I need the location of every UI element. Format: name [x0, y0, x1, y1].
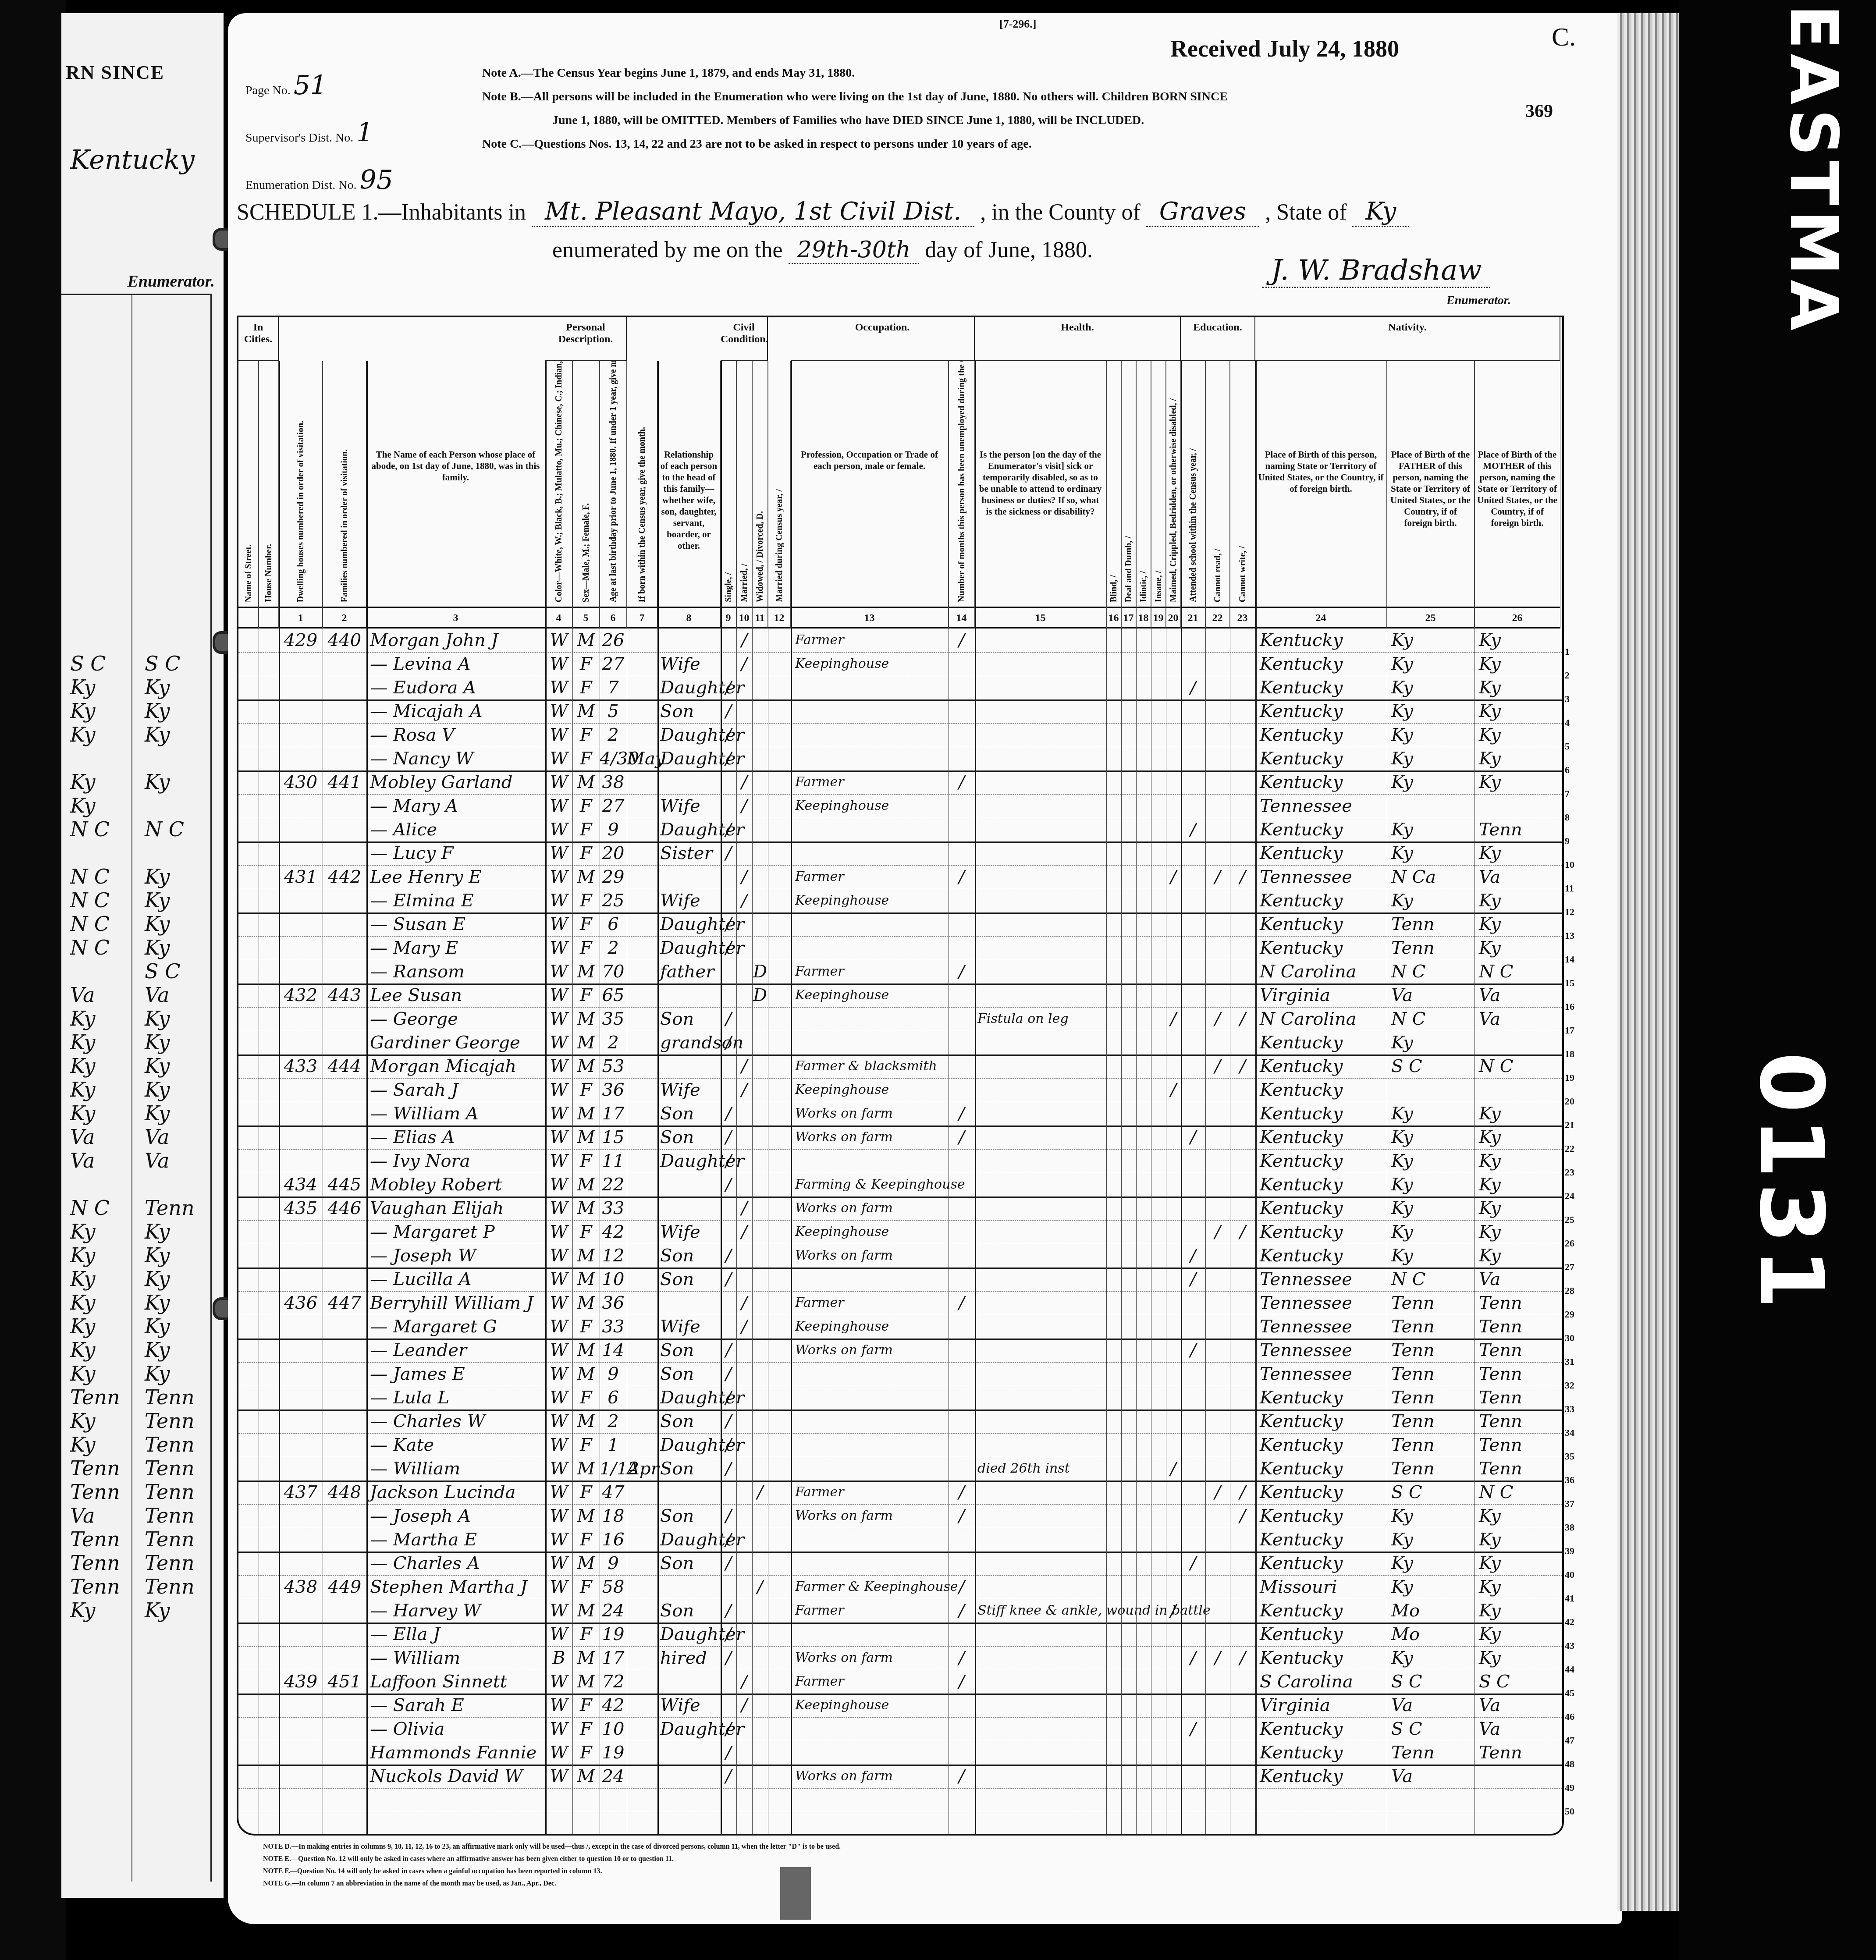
cell-mother: Tenn	[1479, 1433, 1560, 1457]
cell-unemployed: /	[949, 1670, 975, 1694]
cell-birthplace: Kentucky	[1260, 1528, 1387, 1552]
line-number: 23	[1565, 1167, 1574, 1178]
cell-single: /	[721, 1007, 736, 1031]
column-header-label: Place of Birth of the MOTHER of this per…	[1477, 449, 1557, 529]
cell-month	[627, 842, 657, 865]
cell-cannot-read: /	[1205, 1646, 1230, 1670]
cell-cannot-write	[1230, 628, 1255, 652]
cell-dwelling	[279, 1244, 323, 1268]
cell-sickness	[977, 1575, 1109, 1599]
cell-mother: Ky	[1479, 1552, 1560, 1575]
cell-dwelling	[279, 723, 323, 747]
cell-sex: F	[572, 818, 600, 842]
cell-occupation	[795, 936, 949, 960]
cell-cannot-read	[1205, 1575, 1230, 1599]
cell-widowed	[752, 1102, 768, 1126]
column-number: 1	[279, 607, 323, 628]
cell-color: W	[545, 1197, 572, 1220]
cell-age: 5	[600, 699, 627, 723]
cell-cannot-write	[1230, 1623, 1255, 1646]
cell-cannot-write	[1230, 1315, 1255, 1339]
cell-dwelling	[279, 1339, 323, 1362]
cell-family: 443	[323, 984, 366, 1007]
table-row: — Charles WWM2Son/KentuckyTennTenn	[238, 1410, 1562, 1434]
cell-father: Mo	[1391, 1599, 1475, 1623]
cell-birthplace: Kentucky	[1260, 723, 1387, 747]
cell-cannot-read	[1205, 1765, 1230, 1788]
cell-single: /	[721, 723, 736, 747]
cell-cannot-read	[1205, 1717, 1230, 1741]
left-page-cell-c25: Tenn	[70, 1385, 120, 1409]
cell-maimed	[1166, 1717, 1181, 1741]
cell-father: Mo	[1391, 1623, 1475, 1646]
cell-cannot-read: /	[1205, 1007, 1230, 1031]
left-page-cell-c25: N C	[70, 888, 110, 912]
column-divider	[768, 361, 768, 1834]
cell-married	[736, 1623, 752, 1646]
cell-birthplace: Kentucky	[1260, 1055, 1387, 1078]
cell-single	[721, 1055, 736, 1078]
group-in-cities: In Cities.	[238, 317, 279, 361]
table-row: — Micajah AWM5Son/KentuckyKyKy	[238, 699, 1562, 724]
cell-married	[736, 1102, 752, 1126]
enumerator-label: Enumerator.	[1446, 294, 1511, 308]
cell-sex: M	[572, 1457, 600, 1481]
cell-school: /	[1181, 1268, 1205, 1291]
cell-age: 11	[600, 1149, 627, 1173]
cell-month	[627, 1244, 657, 1268]
cell-unemployed: /	[949, 628, 975, 652]
line-number: 19	[1565, 1072, 1574, 1083]
cell-sex: M	[572, 1552, 600, 1575]
table-row: — Susan EWF6Daughter/KentuckyTennKy	[238, 913, 1562, 937]
cell-name: — Elmina E	[370, 889, 545, 913]
line-number: 36	[1565, 1474, 1574, 1486]
cell-unemployed	[949, 1339, 975, 1362]
cell-cannot-write	[1230, 747, 1255, 771]
cell-married: /	[736, 1315, 752, 1339]
cell-age: 12	[600, 1244, 627, 1268]
cell-married	[736, 1552, 752, 1575]
column-number: 10	[736, 607, 752, 628]
cell-occupation	[795, 1528, 949, 1552]
group-education: Education.	[1181, 317, 1255, 361]
cell-relation: Son	[660, 1007, 721, 1031]
cell-cannot-write	[1230, 936, 1255, 960]
cell-single: /	[721, 1149, 736, 1173]
table-row: — Rosa VWF2Daughter/KentuckyKyKy	[238, 723, 1562, 747]
column-header-label: Cannot write, /	[1237, 546, 1247, 602]
cell-birthplace: N Carolina	[1260, 1007, 1387, 1031]
cell-mother	[1479, 1031, 1560, 1055]
cell-single	[721, 652, 736, 676]
cell-name: — William	[370, 1457, 545, 1481]
cell-single: /	[721, 1528, 736, 1552]
cell-sickness	[977, 1339, 1109, 1362]
schedule-title-line: SCHEDULE 1.—Inhabitants in Mt. Pleasant …	[237, 197, 1409, 226]
cell-widowed	[752, 1765, 768, 1788]
cell-age: 18	[600, 1504, 627, 1528]
cell-father: Ky	[1391, 1528, 1475, 1552]
column-divider	[1387, 361, 1387, 1834]
cell-family: 441	[323, 771, 366, 794]
cell-relation: Daughter	[660, 913, 721, 936]
cell-widowed	[752, 936, 768, 960]
cell-color: W	[545, 1481, 572, 1504]
column-header-label: Place of Birth of this person, naming St…	[1258, 449, 1384, 494]
cell-mother: Ky	[1479, 1575, 1560, 1599]
line-number: 11	[1565, 883, 1574, 894]
cell-color: W	[545, 771, 572, 794]
cell-relation: Son	[660, 1504, 721, 1528]
cell-sickness	[977, 1197, 1109, 1220]
cell-maimed	[1166, 1386, 1181, 1410]
cell-school: /	[1181, 1244, 1205, 1268]
cell-sex: M	[572, 1599, 600, 1623]
cell-school	[1181, 652, 1205, 676]
cell-unemployed	[949, 1220, 975, 1244]
cell-married	[736, 1504, 752, 1528]
cell-dwelling	[279, 960, 323, 984]
cell-single	[721, 1078, 736, 1102]
cell-relation: Daughter	[660, 747, 721, 771]
cell-family	[323, 1741, 366, 1765]
cell-cannot-write	[1230, 1078, 1255, 1102]
cell-family	[323, 1007, 366, 1031]
cell-father: N C	[1391, 960, 1475, 984]
cell-mother: Ky	[1479, 1599, 1560, 1623]
cell-widowed	[752, 1126, 768, 1149]
table-row: 430441Mobley GarlandWM38/Farmer/Kentucky…	[238, 771, 1562, 795]
column-header-label: Place of Birth of the FATHER of this per…	[1389, 449, 1471, 529]
cell-single	[721, 1575, 736, 1599]
column-header-14: Number of months this person has been un…	[949, 361, 975, 607]
cell-cannot-read	[1205, 1741, 1230, 1765]
left-page-cell-c26: Ky	[145, 1362, 170, 1385]
cell-birthplace: Kentucky	[1260, 842, 1387, 865]
cell-age: 42	[600, 1694, 627, 1717]
cell-married	[736, 842, 752, 865]
cell-dwelling: 430	[279, 771, 323, 794]
cell-family: 442	[323, 865, 366, 889]
cell-widowed	[752, 818, 768, 842]
left-page-cell-c26: Ky	[145, 1007, 170, 1030]
left-page-cell-c26: Ky	[145, 1220, 170, 1243]
column-number: 18	[1136, 607, 1151, 628]
cell-unemployed: /	[949, 1481, 975, 1504]
column-header-3: The Name of each Person whose place of a…	[366, 361, 545, 607]
cell-cannot-read	[1205, 1315, 1230, 1339]
cell-dwelling: 433	[279, 1055, 323, 1078]
cell-occupation	[795, 1623, 949, 1646]
cell-school	[1181, 1528, 1205, 1552]
cell-cannot-write	[1230, 984, 1255, 1007]
cell-cannot-read	[1205, 984, 1230, 1007]
cell-unemployed	[949, 1457, 975, 1481]
cell-school	[1181, 1007, 1205, 1031]
cell-occupation: Keepinghouse	[795, 1315, 949, 1339]
column-number: 7	[627, 607, 657, 628]
cell-cannot-read	[1205, 1433, 1230, 1457]
table-row: — WilliamBM17hired/Works on farm////Kent…	[238, 1646, 1562, 1670]
left-page-cell-c25: Va	[70, 1125, 95, 1149]
cell-mother: Tenn	[1479, 1457, 1560, 1481]
cell-occupation: Farmer	[795, 771, 949, 794]
cell-sickness	[977, 1623, 1109, 1646]
cell-dwelling	[279, 1149, 323, 1173]
cell-cannot-read	[1205, 1623, 1230, 1646]
cell-single: /	[721, 1765, 736, 1788]
cell-father	[1391, 1788, 1475, 1812]
cell-relation	[660, 1291, 721, 1315]
cell-sex: F	[572, 1149, 600, 1173]
cell-father: Ky	[1391, 1197, 1475, 1220]
left-page-cell-c25: Va	[70, 983, 95, 1007]
cell-widowed	[752, 794, 768, 818]
cell-unemployed	[949, 984, 975, 1007]
binder-spine	[0, 0, 66, 1960]
table-row: — Margaret PWF42Wife/Keepinghouse//Kentu…	[238, 1220, 1562, 1244]
table-row: — Mary EWF2Daughter/KentuckyTennKy	[238, 936, 1562, 960]
cell-cannot-write: /	[1230, 1481, 1255, 1504]
cell-color: W	[545, 1220, 572, 1244]
column-header-11: Widowed, / Divorced, D.	[752, 361, 768, 607]
cell-cannot-write	[1230, 676, 1255, 699]
cell-color: W	[545, 1457, 572, 1481]
cell-age: 65	[600, 984, 627, 1007]
cell-sex	[572, 1788, 600, 1812]
cell-sickness: Stiff knee & ankle, wound in battle	[977, 1599, 1109, 1623]
cell-sickness	[977, 652, 1109, 676]
cell-name: Mobley Robert	[370, 1173, 545, 1197]
cell-relation: Wife	[660, 794, 721, 818]
line-number: 6	[1565, 764, 1570, 776]
cell-married	[736, 913, 752, 936]
cell-mother: Tenn	[1479, 818, 1560, 842]
table-row: — Lula LWF6Daughter/KentuckyTennTenn	[238, 1386, 1562, 1411]
cell-birthplace: Kentucky	[1260, 771, 1387, 794]
cell-birthplace: Kentucky	[1260, 1599, 1387, 1623]
cell-sex: M	[572, 1362, 600, 1386]
cell-cannot-write	[1230, 771, 1255, 794]
cell-occupation	[795, 1031, 949, 1055]
cell-color: W	[545, 960, 572, 984]
cell-age: 2	[600, 1410, 627, 1433]
cell-relation: Daughter	[660, 676, 721, 699]
cell-occupation	[795, 1433, 949, 1457]
cell-cannot-read	[1205, 747, 1230, 771]
cell-single: /	[721, 1599, 736, 1623]
left-page-cell-c26: Tenn	[145, 1456, 195, 1480]
cell-birthplace: Kentucky	[1260, 1244, 1387, 1268]
cell-father: S C	[1391, 1481, 1475, 1504]
cell-widowed	[752, 1788, 768, 1812]
cell-single	[721, 1315, 736, 1339]
cell-mother: Ky	[1479, 1220, 1560, 1244]
cell-name: — Alice	[370, 818, 545, 842]
cell-dwelling	[279, 1126, 323, 1149]
cell-unemployed	[949, 1173, 975, 1197]
cell-month	[627, 1765, 657, 1788]
cell-father: Ky	[1391, 1552, 1475, 1575]
column-number: 5	[572, 607, 600, 628]
cell-family	[323, 1788, 366, 1812]
column-divider	[1136, 361, 1137, 1834]
cell-dwelling	[279, 842, 323, 865]
cell-color: W	[545, 842, 572, 865]
cell-unemployed: /	[949, 1102, 975, 1126]
column-header-10: Married, /	[736, 361, 752, 607]
cell-widowed	[752, 1552, 768, 1575]
column-header-label: Families numbered in order of visitation…	[339, 449, 349, 602]
cell-school: /	[1181, 676, 1205, 699]
left-page-cell-c25: Ky	[70, 723, 95, 746]
cell-age: 47	[600, 1481, 627, 1504]
cell-dwelling: 439	[279, 1670, 323, 1694]
cell-mother: Ky	[1479, 1102, 1560, 1126]
cell-month	[627, 771, 657, 794]
cell-married	[736, 1433, 752, 1457]
cell-unemployed	[949, 723, 975, 747]
cell-father: Tenn	[1391, 1339, 1475, 1362]
cell-relation	[660, 1173, 721, 1197]
table-row: 432443Lee SusanWF65DKeepinghouseVirginia…	[238, 984, 1562, 1008]
line-number: 22	[1565, 1143, 1574, 1154]
cell-maimed	[1166, 889, 1181, 913]
cell-relation: Son	[660, 1126, 721, 1149]
column-divider	[366, 361, 368, 1834]
cell-relation: Wife	[660, 652, 721, 676]
cell-family	[323, 1126, 366, 1149]
cell-month	[627, 1433, 657, 1457]
cell-married	[736, 747, 752, 771]
cell-birthplace: Kentucky	[1260, 1481, 1387, 1504]
note-b-cont: June 1, 1880, will be OMITTED. Members o…	[482, 109, 1534, 132]
cell-father: Va	[1391, 1694, 1475, 1717]
cell-dwelling	[279, 1552, 323, 1575]
cell-cannot-write	[1230, 1244, 1255, 1268]
cell-widowed	[752, 1173, 768, 1197]
cell-family: 446	[323, 1197, 366, 1220]
cell-cannot-write	[1230, 1788, 1255, 1812]
cell-name: — Kate	[370, 1433, 545, 1457]
cell-color: W	[545, 699, 572, 723]
cell-relation: Daughter	[660, 1623, 721, 1646]
cell-sex: M	[572, 1102, 600, 1126]
cell-dwelling: 431	[279, 865, 323, 889]
cell-school: /	[1181, 1552, 1205, 1575]
cell-sickness	[977, 889, 1109, 913]
cell-age: 36	[600, 1291, 627, 1315]
cell-single	[721, 794, 736, 818]
cell-unemployed: /	[949, 960, 975, 984]
cell-age: 17	[600, 1102, 627, 1126]
cell-unemployed	[949, 1694, 975, 1717]
cell-single	[721, 1481, 736, 1504]
line-number: 20	[1565, 1096, 1574, 1107]
left-facing-page: RN SINCE Kentucky Enumerator. S CS CKyKy…	[61, 13, 224, 1898]
cell-father: S C	[1391, 1670, 1475, 1694]
cell-family: 440	[323, 628, 366, 652]
cell-relation: Daughter	[660, 936, 721, 960]
line-number: 39	[1565, 1545, 1574, 1557]
cell-maimed	[1166, 913, 1181, 936]
line-number: 46	[1565, 1711, 1574, 1722]
cell-single: /	[721, 1741, 736, 1765]
cell-color: W	[545, 628, 572, 652]
cell-sex: F	[572, 936, 600, 960]
cell-cannot-write	[1230, 1433, 1255, 1457]
cell-sex: M	[572, 1173, 600, 1197]
cell-school	[1181, 1504, 1205, 1528]
left-page-cell-c25: Ky	[70, 1362, 95, 1385]
cell-sex: M	[572, 1268, 600, 1291]
cell-relation: Daughter	[660, 1149, 721, 1173]
cell-cannot-read	[1205, 960, 1230, 984]
cell-name: Berryhill William J	[370, 1291, 545, 1315]
cell-name: Vaughan Elijah	[370, 1197, 545, 1220]
cell-relation: Sister	[660, 842, 721, 865]
column-divider	[1121, 361, 1122, 1834]
cell-month	[627, 1599, 657, 1623]
cell-dwelling: 434	[279, 1173, 323, 1197]
cell-widowed	[752, 771, 768, 794]
cell-family	[323, 1149, 366, 1173]
cell-name: — Susan E	[370, 913, 545, 936]
left-page-cell-c25: Ky	[70, 1338, 95, 1362]
cell-birthplace: Kentucky	[1260, 1197, 1387, 1220]
cell-unemployed: /	[949, 1646, 975, 1670]
column-header-label: Number of months this person has been un…	[956, 361, 966, 602]
cell-name: — Olivia	[370, 1717, 545, 1741]
cell-month	[627, 1173, 657, 1197]
cell-month	[627, 1315, 657, 1339]
left-page-cell-c25: Ky	[70, 794, 95, 817]
cell-color: W	[545, 865, 572, 889]
cell-unemployed	[949, 1149, 975, 1173]
line-number: 45	[1565, 1687, 1574, 1699]
cell-sex: M	[572, 699, 600, 723]
cell-color: W	[545, 1694, 572, 1717]
footnotes: NOTE D.—In making entries in columns 9, …	[263, 1841, 841, 1890]
column-divider	[1181, 361, 1182, 1834]
table-row: — Ivy NoraWF11Daughter/KentuckyKyKy	[238, 1149, 1562, 1173]
cell-sickness	[977, 1315, 1109, 1339]
cell-name: — Elias A	[370, 1126, 545, 1149]
cell-dwelling	[279, 1765, 323, 1788]
cell-family	[323, 1220, 366, 1244]
enumeration-date-line: enumerated by me on the 29th-30th day of…	[552, 237, 1093, 263]
table-row: — Mary AWF27Wife/KeepinghouseTennessee	[238, 794, 1562, 818]
cell-color: W	[545, 1102, 572, 1126]
cell-name: — Levina A	[370, 652, 545, 676]
cell-month: Apr	[627, 1457, 657, 1481]
cell-color: W	[545, 1741, 572, 1765]
cell-maimed	[1166, 1362, 1181, 1386]
left-page-cell-c26: Tenn	[145, 1196, 195, 1220]
cell-family	[323, 1457, 366, 1481]
cell-color: W	[545, 818, 572, 842]
column-number: 23	[1230, 607, 1255, 628]
cell-occupation: Farmer	[795, 1291, 949, 1315]
left-page-cell-c25: Ky	[70, 1078, 95, 1101]
cell-widowed	[752, 1197, 768, 1220]
cell-occupation: Farmer	[795, 865, 949, 889]
cell-occupation: Farmer	[795, 1670, 949, 1694]
cell-unemployed	[949, 913, 975, 936]
cell-age: 53	[600, 1055, 627, 1078]
cell-mother	[1479, 1788, 1560, 1812]
